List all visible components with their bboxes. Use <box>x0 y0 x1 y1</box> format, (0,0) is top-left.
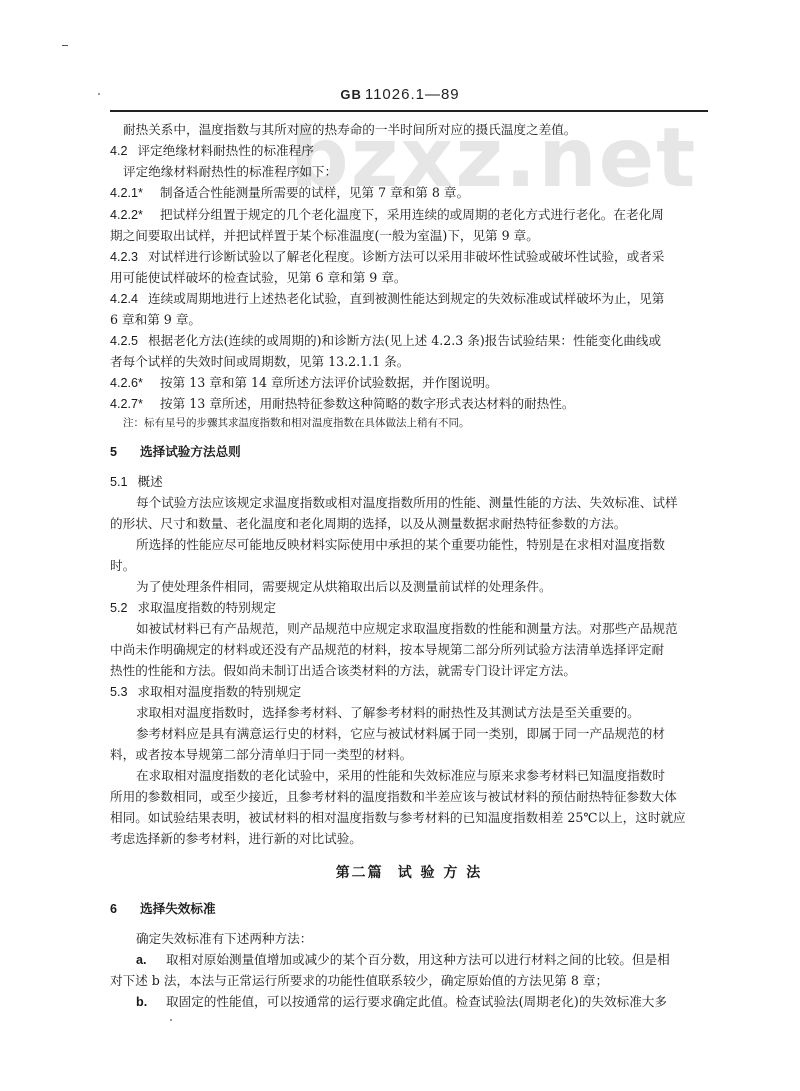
clause-text: 按第 13 章和第 14 章所述方法评价试验数据，并作图说明。 <box>160 375 498 390</box>
text-line: 所选择的性能应尽可能地反映材料实际使用中承担的某个重要功能性，特别是在求相对温度… <box>136 535 665 555</box>
text-line: 考虑选择新的参考材料，进行新的对比试验。 <box>110 829 362 849</box>
section-number: 4.2 <box>110 141 128 161</box>
list-text: 取固定的性能值，可以按通常的运行要求确定此值。检查试验法(周期老化)的失效标准大… <box>166 994 667 1009</box>
clause-text: 制备适合性能测量所需要的试样，见第 7 章和第 8 章。 <box>160 185 469 200</box>
section-number: 5 <box>110 442 130 462</box>
list-label: a. <box>136 950 156 970</box>
clause-number: 4.2.4 <box>110 289 138 309</box>
text-line: 耐热关系中，温度指数与其所对应的热寿命的一半时间所对应的摄氏温度之差值。 <box>123 120 576 140</box>
clause-4-2-7: 4.2.7*按第 13 章所述，用耐热特征参数这种简略的数字形式表达材料的耐热性… <box>110 394 574 414</box>
section-title: 选择试验方法总则 <box>140 444 241 459</box>
clause-number: 4.2.2* <box>110 205 154 225</box>
section-number: 5.2 <box>110 598 128 618</box>
text-line: 料，或者按本导规第二部分清单归于同一类型的材料。 <box>110 745 412 765</box>
clause-text: 连续或周期地进行上述热老化试验，直到被测性能达到规定的失效标准或试样破坏为止，见… <box>148 291 664 306</box>
list-text: 取相对原始测量值增加或减少的某个百分数，用这种方法可以进行材料之间的比较。但是相 <box>166 952 670 967</box>
clause-4-2-2: 4.2.2*把试样分组置于规定的几个老化温度下，采用连续的或周期的老化方式进行老… <box>110 205 664 225</box>
section-title: 评定绝缘材料耐热性的标准程序 <box>138 143 314 158</box>
section-title: 求取相对温度指数的特别规定 <box>138 684 302 699</box>
section-number: 6 <box>110 899 130 919</box>
clause-number: 4.2.7* <box>110 394 154 414</box>
text-line: 中尚未作明确规定的材料或还没有产品规范的材料，按本导规第二部分所列试验方法清单选… <box>110 640 664 660</box>
standard-header: GB11026.1—89 <box>0 86 800 103</box>
text-line: 所用的参数相同，或至少接近，且参考材料的温度指数和半差应该与被试材料的预估耐热特… <box>110 787 677 807</box>
section-number: 5.3 <box>110 682 128 702</box>
text-line: 在求取相对温度指数的老化试验中，采用的性能和失效标准应与原来求参考材料已知温度指… <box>136 766 665 786</box>
text-line: 者每个试样的失效时间或周期数，见第 13.2.1.1 条。 <box>110 352 409 372</box>
clause-number: 4.2.3 <box>110 247 138 267</box>
text-line: 每个试验方法应该规定求温度指数或相对温度指数所用的性能、测量性能的方法、失效标准… <box>136 493 678 513</box>
text-line: 为了使处理条件相同，需要规定从烘箱取出后以及测量前试样的处理条件。 <box>136 577 552 597</box>
section-title: 选择失效标准 <box>140 901 216 916</box>
section-heading-5: 5选择试验方法总则 <box>110 442 241 462</box>
text-line: 6 章和第 9 章。 <box>110 310 201 330</box>
text-line: 确定失效标准有下述两种方法： <box>136 929 312 949</box>
scan-mark <box>62 45 68 46</box>
text-line: 对下述 b 法，本法与正常运行所要求的功能性值联系较少，确定原始值的方法见第 8… <box>110 971 608 991</box>
part-label: 第二篇 <box>336 865 384 881</box>
list-label: b. <box>136 992 156 1012</box>
part-title: 第二篇试 验 方 法 <box>110 862 708 882</box>
section-heading-5-1: 5.1概述 <box>110 472 163 492</box>
text-line: 参考材料应是具有满意运行史的材料，它应与被试材料属于同一类别，即属于同一产品规范… <box>136 724 665 744</box>
standard-prefix: GB <box>340 87 362 102</box>
clause-4-2-3: 4.2.3对试样进行诊断试验以了解老化程度。诊断方法可以采用非破坏性试验或破坏性… <box>110 247 664 267</box>
list-item-b: b.取固定的性能值，可以按通常的运行要求确定此值。检查试验法(周期老化)的失效标… <box>136 992 667 1012</box>
standard-number: 11026.1—89 <box>365 86 460 103</box>
section-number: 5.1 <box>110 472 128 492</box>
clause-number: 4.2.5 <box>110 331 138 351</box>
section-title: 概述 <box>138 474 163 489</box>
text-line: 用可能使试样破坏的检查试验，见第 6 章和第 9 章。 <box>110 268 407 288</box>
clause-text: 把试样分组置于规定的几个老化温度下，采用连续的或周期的老化方式进行老化。在老化周 <box>160 207 664 222</box>
section-title: 求取温度指数的特别规定 <box>138 600 277 615</box>
section-heading-6: 6选择失效标准 <box>110 899 216 919</box>
section-heading-5-2: 5.2求取温度指数的特别规定 <box>110 598 276 618</box>
note: 注：标有星号的步骤其求温度指数和相对温度指数在具体做法上稍有不同。 <box>123 413 470 433</box>
clause-4-2-6: 4.2.6*按第 13 章和第 14 章所述方法评价试验数据，并作图说明。 <box>110 373 498 393</box>
clause-4-2-4: 4.2.4连续或周期地进行上述热老化试验，直到被测性能达到规定的失效标准或试样破… <box>110 289 664 309</box>
text-line: 热性的性能和方法。假如尚未制订出适合该类材料的方法，就需专门设计评定方法。 <box>110 661 576 681</box>
list-item-a: a.取相对原始测量值增加或减少的某个百分数，用这种方法可以进行材料之间的比较。但… <box>136 950 670 970</box>
section-heading-5-3: 5.3求取相对温度指数的特别规定 <box>110 682 301 702</box>
clause-number: 4.2.6* <box>110 373 154 393</box>
text-line: 如被试材料已有产品规范，则产品规范中应规定求取温度指数的性能和测量方法。对那些产… <box>136 619 678 639</box>
clause-text: 根据老化方法(连续的或周期的)和诊断方法(见上述 4.2.3 条)报告试验结果：… <box>148 333 661 348</box>
text-line: 评定绝缘材料耐热性的标准程序如下： <box>123 162 337 182</box>
part-name: 试 验 方 法 <box>398 865 483 881</box>
text-line: 期之间要取出试样，并把试样置于某个标准温度(一般为室温)下，见第 9 章。 <box>110 226 539 246</box>
text-line: 相同。如试验结果表明，被试材料的相对温度指数与参考材料的已知温度指数相差 25℃… <box>110 808 686 828</box>
clause-text: 对试样进行诊断试验以了解老化程度。诊断方法可以采用非破坏性试验或破坏性试验，或者… <box>148 249 664 264</box>
clause-number: 4.2.1* <box>110 183 154 203</box>
section-heading-4-2: 4.2评定绝缘材料耐热性的标准程序 <box>110 141 314 161</box>
scan-speck <box>170 1019 172 1021</box>
scan-speck <box>98 93 100 95</box>
clause-4-2-1: 4.2.1*制备适合性能测量所需要的试样，见第 7 章和第 8 章。 <box>110 183 469 203</box>
text-line: 求取相对温度指数时，选择参考材料、了解参考材料的耐热性及其测试方法是至关重要的。 <box>136 703 640 723</box>
clause-4-2-5: 4.2.5根据老化方法(连续的或周期的)和诊断方法(见上述 4.2.3 条)报告… <box>110 331 661 351</box>
clause-text: 按第 13 章所述，用耐热特征参数这种简略的数字形式表达材料的耐热性。 <box>160 396 574 411</box>
text-line: 时。 <box>110 556 135 576</box>
text-line: 的形状、尺寸和数量、老化温度和老化周期的选择，以及从测量数据求耐热特征参数的方法… <box>110 514 626 534</box>
